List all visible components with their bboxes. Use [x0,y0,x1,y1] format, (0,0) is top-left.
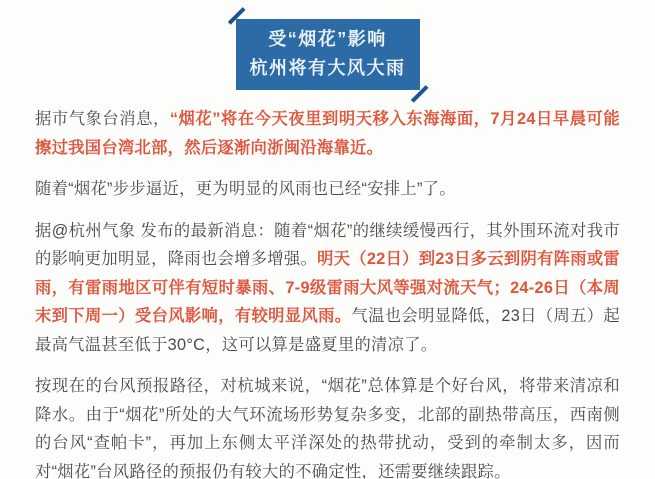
text-segment: 据市气象台消息， [35,110,170,128]
paragraph-1: 据市气象台消息，“烟花”将在今天夜里到明天移入东海海面，7月24日早晨可能擦过我… [35,105,620,162]
headline-line-2: 杭州将有大风大雨 [250,54,406,83]
banner-slash-bottom-right-decoration [410,85,427,102]
headline-banner: 受“烟花”影响 杭州将有大风大雨 [236,19,420,90]
text-segment: 按现在的台风预报路径，对杭城来说，“烟花”总体算是个好台风，将带来清凉和降水。由… [35,377,620,479]
banner-slash-top-left-decoration [227,7,244,24]
paragraph-2: 随着“烟花”步步逼近，更为明显的风雨也已经“安排上”了。 [35,175,620,204]
article-page: 受“烟花”影响 杭州将有大风大雨 据市气象台消息，“烟花”将在今天夜里到明天移入… [0,0,655,479]
paragraph-4: 按现在的台风预报路径，对杭城来说，“烟花”总体算是个好台风，将带来清凉和降水。由… [35,372,620,479]
headline-line-1: 受“烟花”影响 [250,25,406,54]
text-segment: 随着“烟花”步步逼近，更为明显的风雨也已经“安排上”了。 [35,180,456,198]
article-body: 据市气象台消息，“烟花”将在今天夜里到明天移入东海海面，7月24日早晨可能擦过我… [0,105,655,479]
paragraph-3: 据@杭州气象 发布的最新消息：随着“烟花”的继续缓慢西行，其外围环流对我市的影响… [35,217,620,360]
